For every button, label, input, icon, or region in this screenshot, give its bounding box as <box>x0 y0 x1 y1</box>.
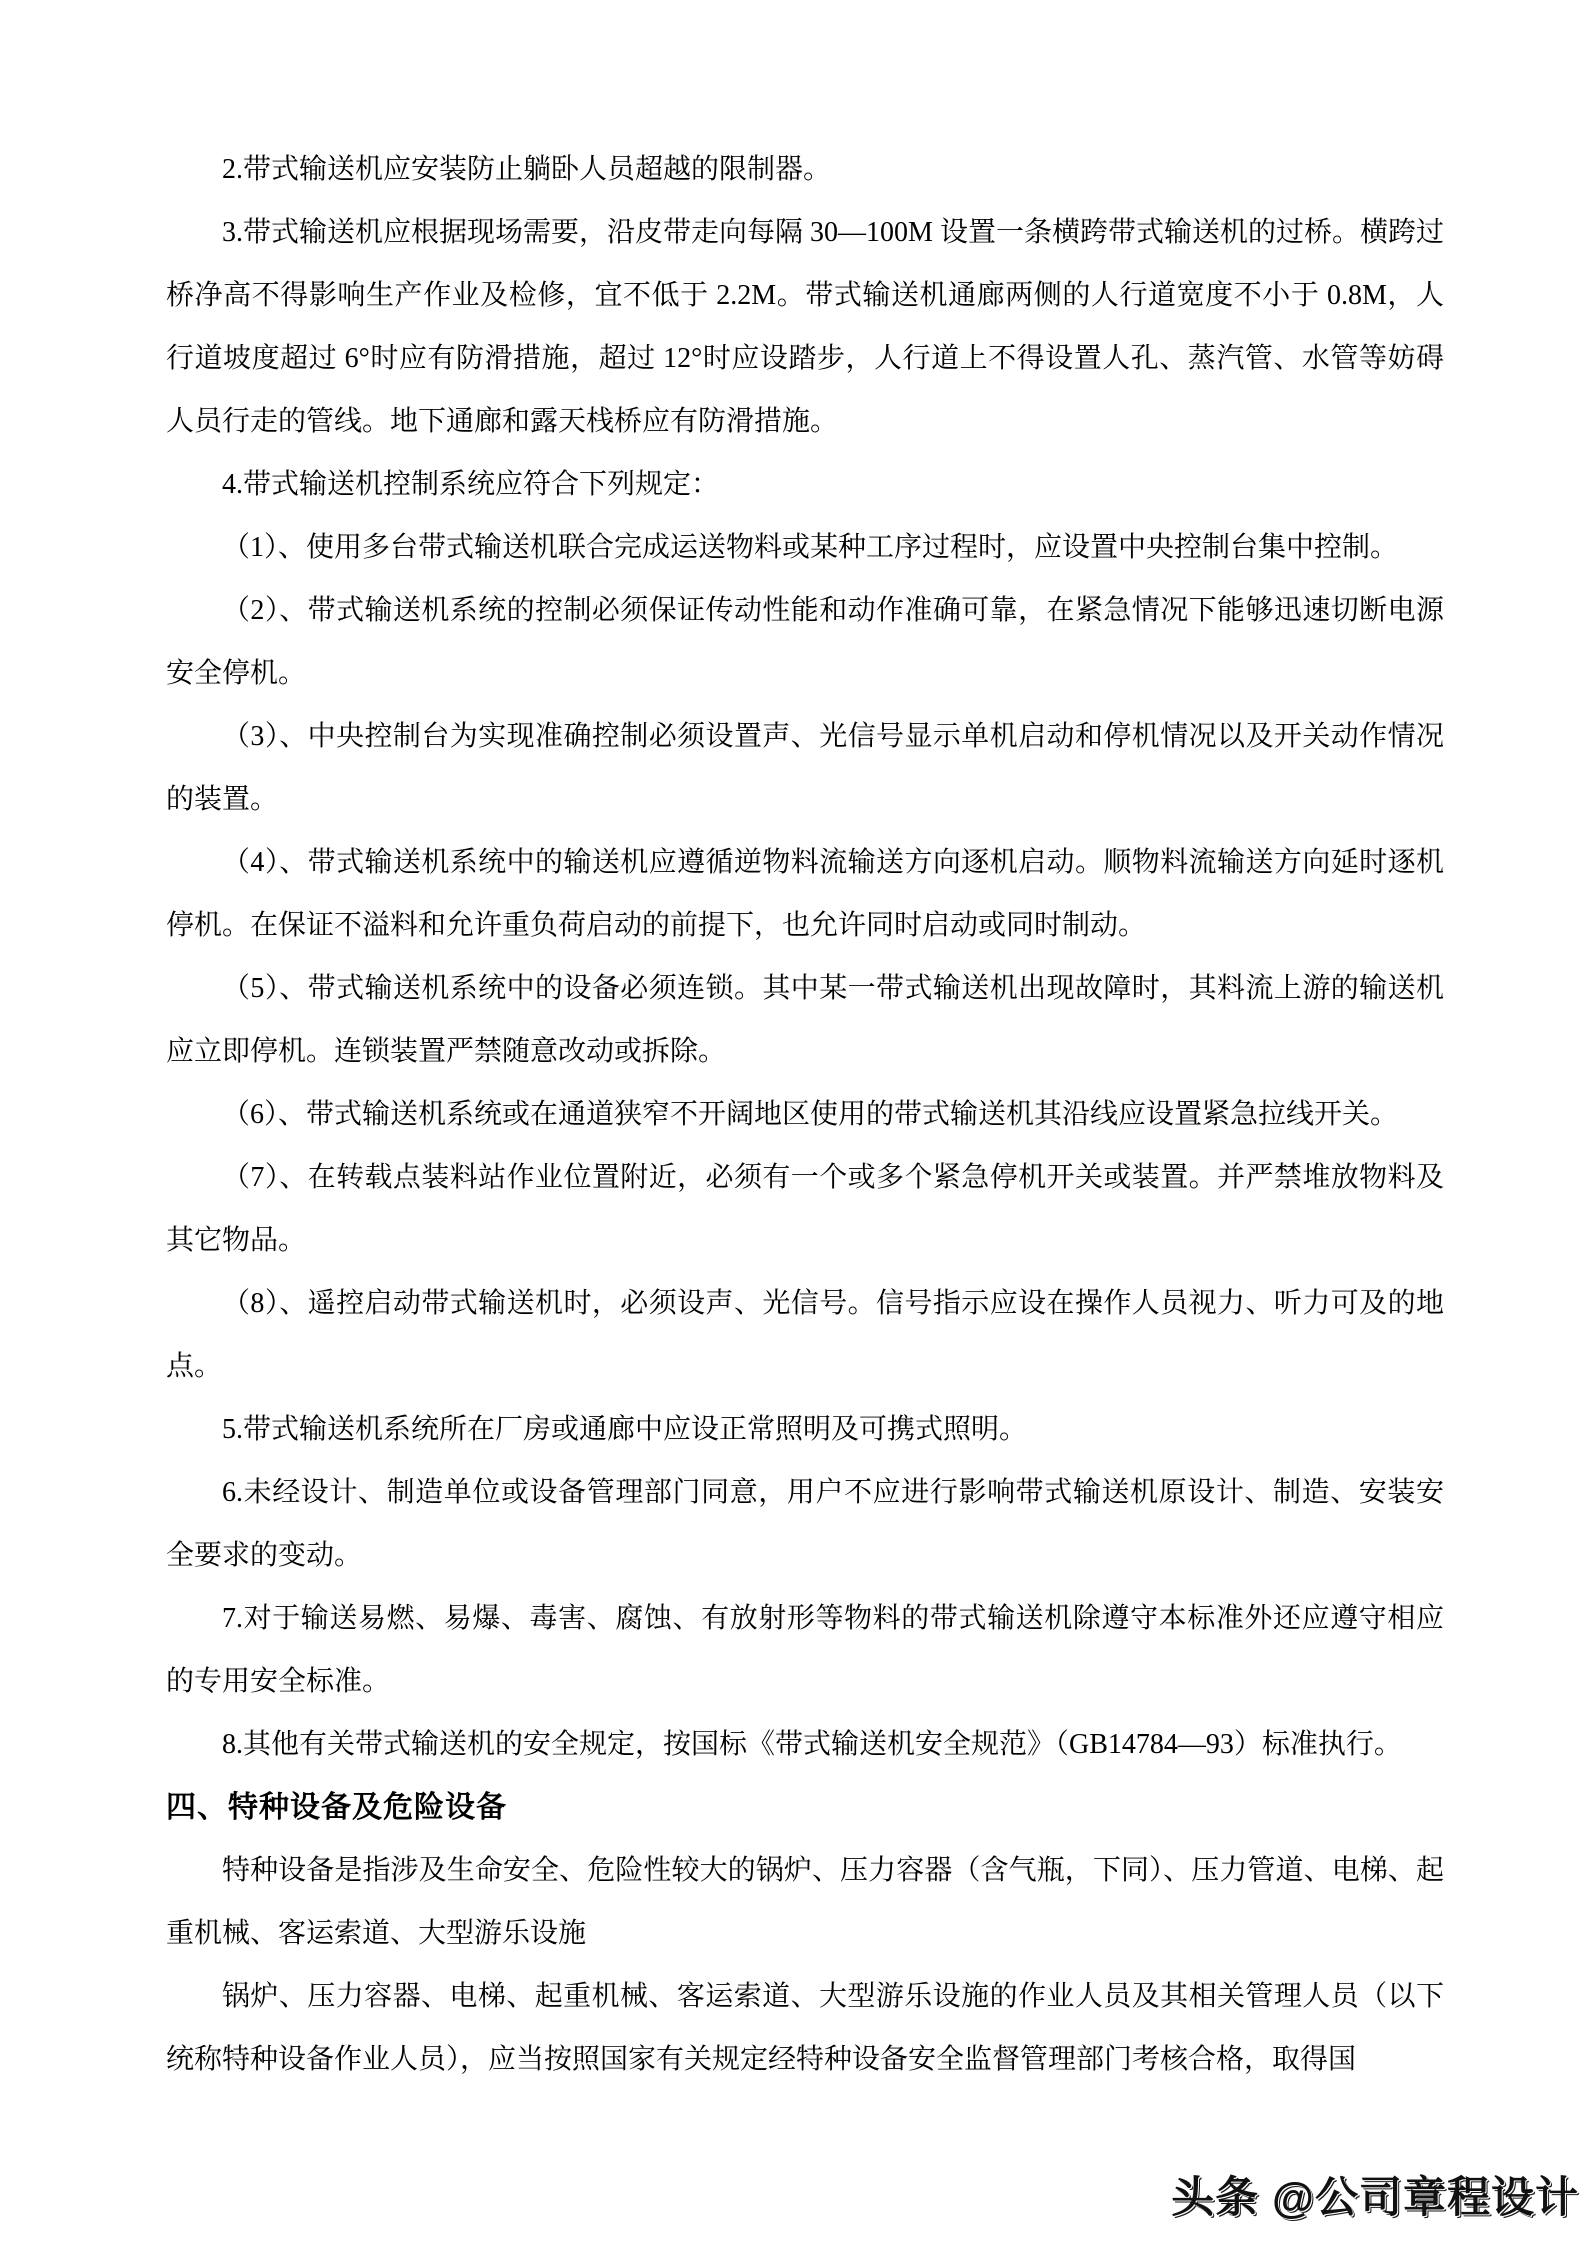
paragraph: 8.其他有关带式输送机的安全规定，按国标《带式输送机安全规范》（GB14784—… <box>166 1713 1444 1776</box>
paragraph: 2.带式输送机应安装防止躺卧人员超越的限制器。 <box>166 138 1444 201</box>
paragraph: （8）、遥控启动带式输送机时，必须设声、光信号。信号指示应设在操作人员视力、听力… <box>166 1272 1444 1398</box>
document-body: 2.带式输送机应安装防止躺卧人员超越的限制器。3.带式输送机应根据现场需要，沿皮… <box>166 138 1444 2091</box>
paragraph: 3.带式输送机应根据现场需要，沿皮带走向每隔 30—100M 设置一条横跨带式输… <box>166 201 1444 453</box>
paragraph: （6）、带式输送机系统或在通道狭窄不开阔地区使用的带式输送机其沿线应设置紧急拉线… <box>166 1083 1444 1146</box>
paragraph: 4.带式输送机控制系统应符合下列规定： <box>166 453 1444 516</box>
paragraph: （1）、使用多台带式输送机联合完成运送物料或某种工序过程时，应设置中央控制台集中… <box>166 516 1444 579</box>
section-heading: 四、特种设备及危险设备 <box>166 1776 1444 1839</box>
watermark-text: 头条 @公司章程设计 <box>1171 2164 1579 2225</box>
paragraph: 6.未经设计、制造单位或设备管理部门同意，用户不应进行影响带式输送机原设计、制造… <box>166 1461 1444 1587</box>
paragraph: （5）、带式输送机系统中的设备必须连锁。其中某一带式输送机出现故障时，其料流上游… <box>166 957 1444 1083</box>
paragraph: （4）、带式输送机系统中的输送机应遵循逆物料流输送方向逐机启动。顺物料流输送方向… <box>166 831 1444 957</box>
paragraph: （2）、带式输送机系统的控制必须保证传动性能和动作准确可靠，在紧急情况下能够迅速… <box>166 579 1444 705</box>
paragraph: 锅炉、压力容器、电梯、起重机械、客运索道、大型游乐设施的作业人员及其相关管理人员… <box>166 1965 1444 2091</box>
paragraph: 7.对于输送易燃、易爆、毒害、腐蚀、有放射形等物料的带式输送机除遵守本标准外还应… <box>166 1587 1444 1713</box>
paragraph: （7）、在转载点装料站作业位置附近，必须有一个或多个紧急停机开关或装置。并严禁堆… <box>166 1146 1444 1272</box>
paragraph: （3）、中央控制台为实现准确控制必须设置声、光信号显示单机启动和停机情况以及开关… <box>166 705 1444 831</box>
paragraph: 5.带式输送机系统所在厂房或通廊中应设正常照明及可携式照明。 <box>166 1398 1444 1461</box>
document-page: 2.带式输送机应安装防止躺卧人员超越的限制器。3.带式输送机应根据现场需要，沿皮… <box>0 0 1587 2245</box>
paragraph: 特种设备是指涉及生命安全、危险性较大的锅炉、压力容器（含气瓶，下同）、压力管道、… <box>166 1839 1444 1965</box>
